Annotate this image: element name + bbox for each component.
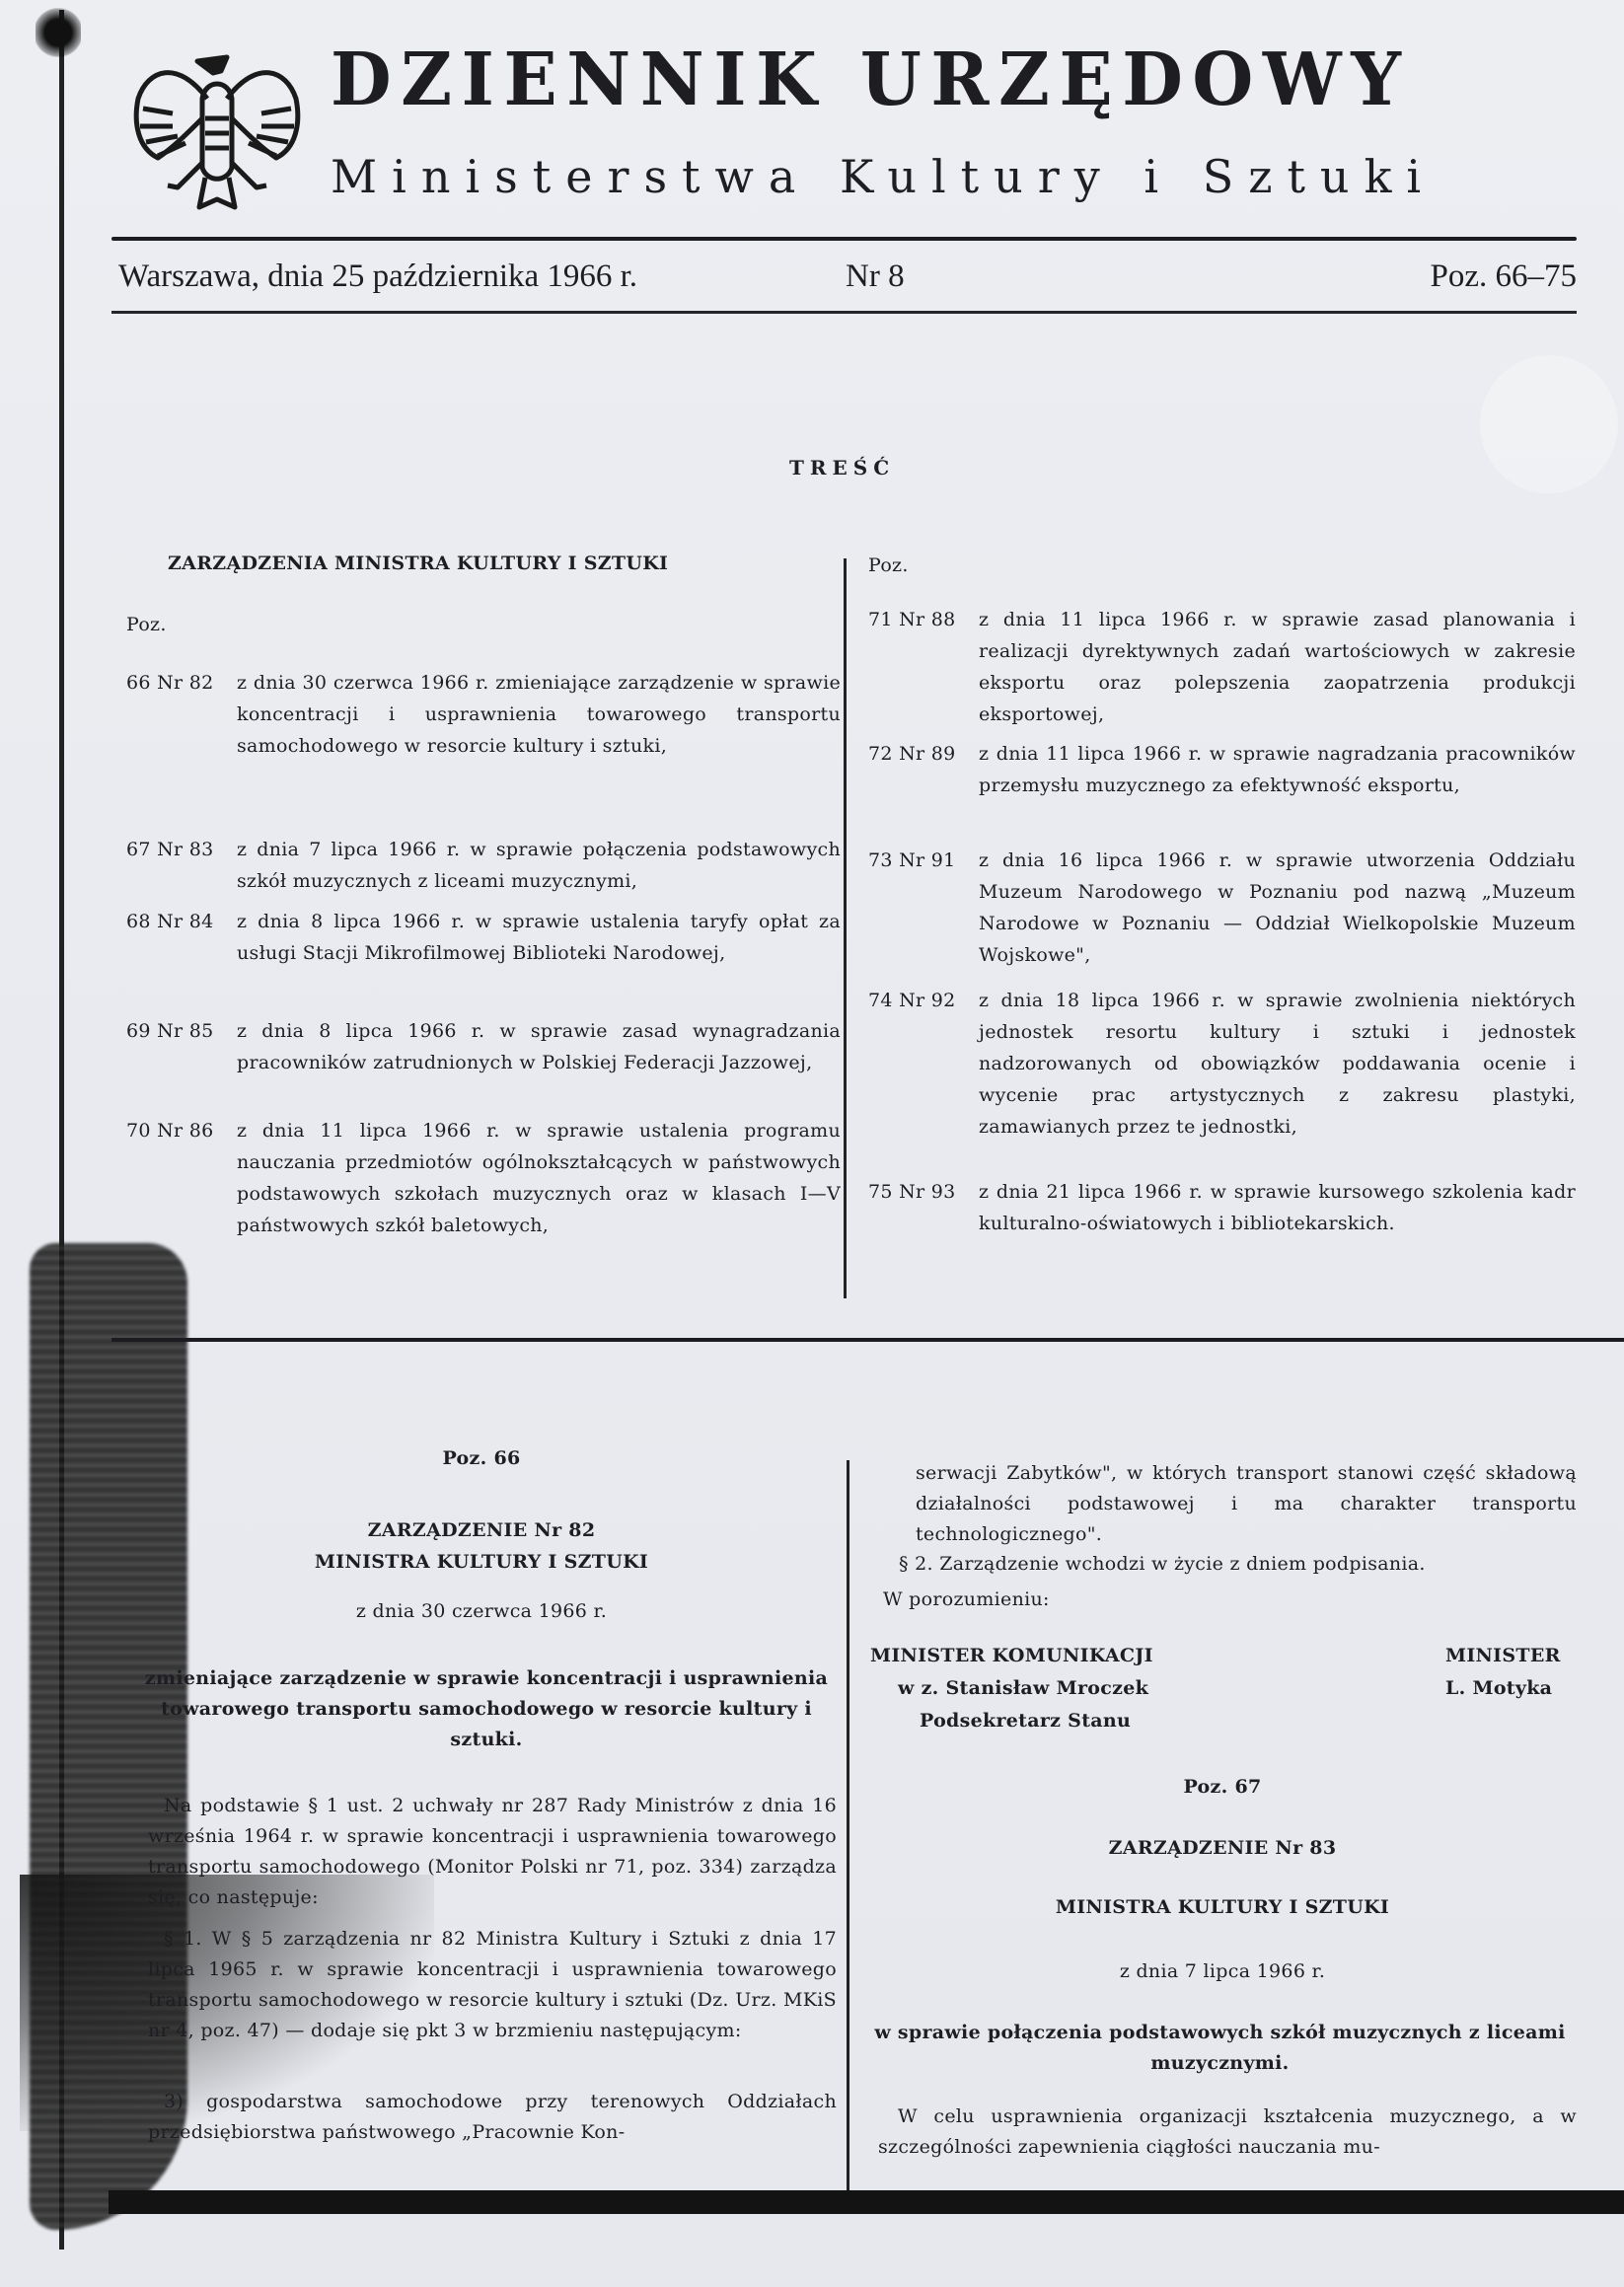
entry-number: 67 Nr 83 bbox=[126, 834, 214, 865]
entry-number: 69 Nr 85 bbox=[126, 1015, 214, 1047]
ordinance-number: ZARZĄDZENIE Nr 82 bbox=[126, 1514, 837, 1546]
header-divider bbox=[111, 311, 1577, 314]
poz-column-label: Poz. bbox=[868, 554, 909, 576]
column-divider bbox=[847, 1460, 849, 2190]
entry-number: 71 Nr 88 bbox=[868, 604, 956, 635]
poz-column-label: Poz. bbox=[126, 614, 167, 635]
paragraph-2: § 2. Zarządzenie wchodzi w życie z dniem… bbox=[883, 1549, 1577, 1580]
header-divider bbox=[111, 237, 1577, 241]
entry-description: z dnia 11 lipca 1966 r. w sprawie zasad … bbox=[979, 604, 1576, 730]
ordinance-number: ZARZĄDZENIE Nr 83 bbox=[868, 1837, 1577, 1859]
scan-artifact bbox=[1480, 355, 1618, 493]
scan-artifact bbox=[36, 8, 81, 57]
entry-description: z dnia 21 lipca 1966 r. w sprawie kursow… bbox=[979, 1176, 1576, 1239]
signatory-role: Podsekretarz Stanu bbox=[870, 1705, 1153, 1737]
entry-description: z dnia 8 lipca 1966 r. w sprawie zasad w… bbox=[237, 1015, 841, 1078]
paragraph-1-point-3: 3) gospodarstwa samochodowe przy terenow… bbox=[148, 2087, 837, 2148]
issue-number: Nr 8 bbox=[846, 257, 905, 296]
entry-description: z dnia 7 lipca 1966 r. w sprawie połącze… bbox=[237, 834, 841, 897]
ordinance-subject: w sprawie połączenia podstawowych szkół … bbox=[863, 2018, 1577, 2079]
entry-description: z dnia 18 lipca 1966 r. w sprawie zwolni… bbox=[979, 985, 1576, 1143]
signature-block-right: MINISTER L. Motyka bbox=[1445, 1640, 1561, 1705]
ordinance-subject: zmieniające zarządzenie w sprawie koncen… bbox=[136, 1663, 837, 1755]
ordinance-issuer: MINISTRA KULTURY I SZTUKI bbox=[868, 1896, 1577, 1918]
contents-heading: TREŚĆ bbox=[789, 456, 895, 480]
ordinance-preamble: Na podstawie § 1 ust. 2 uchwały nr 287 R… bbox=[148, 1791, 837, 1913]
entry-description: z dnia 11 lipca 1966 r. w sprawie ustale… bbox=[237, 1115, 841, 1241]
agreement-note: W porozumieniu: bbox=[883, 1585, 1577, 1615]
document-page: DZIENNIK URZĘDOWY Ministerstwa Kultury i… bbox=[0, 0, 1624, 2287]
paragraph-1-continuation: serwacji Zabytków", w których transport … bbox=[916, 1458, 1577, 1550]
entry-number: 68 Nr 84 bbox=[126, 906, 214, 937]
entry-number: 66 Nr 82 bbox=[126, 667, 214, 699]
signatory-name: w z. Stanisław Mroczek bbox=[870, 1672, 1153, 1705]
entry-number: 73 Nr 91 bbox=[868, 845, 956, 876]
entry-description: z dnia 16 lipca 1966 r. w sprawie utworz… bbox=[979, 845, 1576, 971]
signatory-name: L. Motyka bbox=[1445, 1672, 1561, 1705]
issue-info-line: Warszawa, dnia 25 października 1966 r. N… bbox=[118, 257, 1577, 296]
ordinance-date: z dnia 7 lipca 1966 r. bbox=[868, 1960, 1577, 1982]
contents-section-heading: ZARZĄDZENIA MINISTRA KULTURY I SZTUKI bbox=[168, 553, 668, 574]
column-divider bbox=[844, 558, 847, 1298]
position-range: Poz. 66–75 bbox=[1431, 257, 1578, 296]
polish-eagle-emblem-icon bbox=[118, 39, 316, 217]
scan-bottom-edge bbox=[109, 2190, 1624, 2214]
entry-description: z dnia 30 czerwca 1966 r. zmieniające za… bbox=[237, 667, 841, 762]
entry-description: z dnia 11 lipca 1966 r. w sprawie nagrad… bbox=[979, 738, 1576, 801]
entry-number: 74 Nr 92 bbox=[868, 985, 956, 1016]
ordinance-issuer: MINISTRA KULTURY I SZTUKI bbox=[126, 1546, 837, 1578]
signatory-title: MINISTER bbox=[1445, 1640, 1561, 1672]
signature-block-left: MINISTER KOMUNIKACJI w z. Stanisław Mroc… bbox=[870, 1640, 1153, 1737]
position-label: Poz. 66 bbox=[126, 1447, 837, 1469]
ordinance-preamble: W celu usprawnienia organizacji kształce… bbox=[878, 2102, 1577, 2163]
ordinance-date: z dnia 30 czerwca 1966 r. bbox=[126, 1600, 837, 1622]
entry-number: 75 Nr 93 bbox=[868, 1176, 956, 1208]
position-label: Poz. 67 bbox=[868, 1776, 1577, 1798]
ordinance-title: ZARZĄDZENIE Nr 82 MINISTRA KULTURY I SZT… bbox=[126, 1514, 837, 1578]
entry-description: z dnia 8 lipca 1966 r. w sprawie ustalen… bbox=[237, 906, 841, 969]
publication-title: DZIENNIK URZĘDOWY bbox=[331, 43, 1411, 116]
entry-number: 70 Nr 86 bbox=[126, 1115, 214, 1146]
publication-subtitle: Ministerstwa Kultury i Sztuki bbox=[331, 154, 1436, 199]
place-date: Warszawa, dnia 25 października 1966 r. bbox=[118, 257, 637, 296]
section-divider bbox=[111, 1338, 1624, 1342]
entry-number: 72 Nr 89 bbox=[868, 738, 956, 770]
paragraph-1: § 1. W § 5 zarządzenia nr 82 Ministra Ku… bbox=[148, 1924, 837, 2046]
signatory-title: MINISTER KOMUNIKACJI bbox=[870, 1640, 1153, 1672]
